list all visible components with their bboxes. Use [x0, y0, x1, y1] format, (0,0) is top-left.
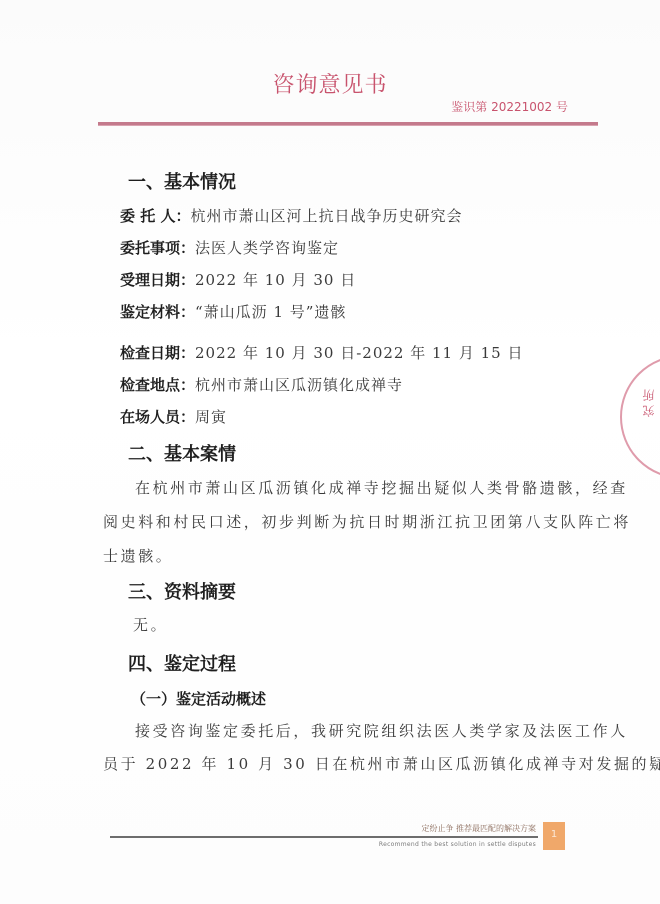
field-present-persons: 在场人员：周寅	[120, 406, 227, 427]
field-material: 鉴定材料：“萧山瓜沥 1 号”遗骸	[120, 301, 346, 322]
section-heading-process: 四、鉴定过程	[128, 650, 236, 676]
section-heading-basic-info: 一、基本情况	[128, 168, 236, 194]
field-matter: 委托事项：法医人类学咨询鉴定	[120, 237, 339, 258]
field-label: 委 托 人：	[120, 207, 190, 225]
field-accept-date: 受理日期：2022 年 10 月 30 日	[120, 269, 356, 290]
header-divider	[98, 122, 598, 126]
field-label: 在场人员：	[120, 408, 195, 426]
field-value: 2022 年 10 月 30 日-2022 年 11 月 15 日	[195, 344, 523, 362]
document-title: 咨询意见书	[0, 68, 660, 99]
case-paragraph-line: 在杭州市萧山区瓜沥镇化成禅寺挖掘出疑似人类骨骼遗骸，经查	[135, 477, 628, 498]
page-number-box: 1	[543, 822, 565, 850]
seal-text: 究所	[640, 385, 657, 417]
field-value: 2022 年 10 月 30 日	[195, 271, 356, 289]
field-label: 委托事项：	[120, 239, 195, 257]
field-value: “萧山瓜沥 1 号”遗骸	[195, 303, 346, 321]
case-paragraph-line: 阅史料和村民口述，初步判断为抗日时期浙江抗卫团第八支队阵亡将	[103, 511, 631, 532]
field-value: 杭州市萧山区河上抗日战争历史研究会	[190, 207, 462, 225]
field-label: 鉴定材料：	[120, 303, 195, 321]
footer-slogan-en: Recommend the best solution in settle di…	[379, 841, 536, 848]
footer-slogan-cn: 定纷止争 推荐最匹配的解决方案	[421, 823, 536, 834]
document-number: 鉴识第 20221002 号	[451, 98, 568, 115]
document-page: 咨询意见书 鉴识第 20221002 号 一、基本情况 委 托 人：杭州市萧山区…	[0, 0, 660, 904]
official-seal-stamp	[620, 355, 660, 479]
process-paragraph-line: 员于 2022 年 10 月 30 日在杭州市萧山区瓜沥镇化成禅寺对发掘的疑	[103, 753, 660, 774]
section-heading-summary: 三、资料摘要	[128, 578, 236, 604]
footer-divider	[110, 836, 538, 838]
field-label: 检查地点：	[120, 376, 195, 394]
field-label: 受理日期：	[120, 271, 195, 289]
field-inspection-date: 检查日期：2022 年 10 月 30 日-2022 年 11 月 15 日	[120, 342, 523, 363]
field-value: 周寅	[195, 408, 227, 426]
section-heading-case: 二、基本案情	[128, 440, 236, 466]
field-value: 杭州市萧山区瓜沥镇化成禅寺	[195, 376, 403, 394]
summary-text: 无。	[133, 614, 168, 635]
field-inspection-location: 检查地点：杭州市萧山区瓜沥镇化成禅寺	[120, 374, 403, 395]
field-label: 检查日期：	[120, 344, 195, 362]
page-number: 1	[543, 829, 565, 840]
field-client: 委 托 人：杭州市萧山区河上抗日战争历史研究会	[120, 205, 462, 226]
process-paragraph-line: 接受咨询鉴定委托后，我研究院组织法医人类学家及法医工作人	[135, 720, 628, 741]
subsection-heading-overview: （一）鉴定活动概述	[131, 688, 266, 709]
case-paragraph-line: 士遗骸。	[103, 545, 173, 566]
field-value: 法医人类学咨询鉴定	[195, 239, 339, 257]
